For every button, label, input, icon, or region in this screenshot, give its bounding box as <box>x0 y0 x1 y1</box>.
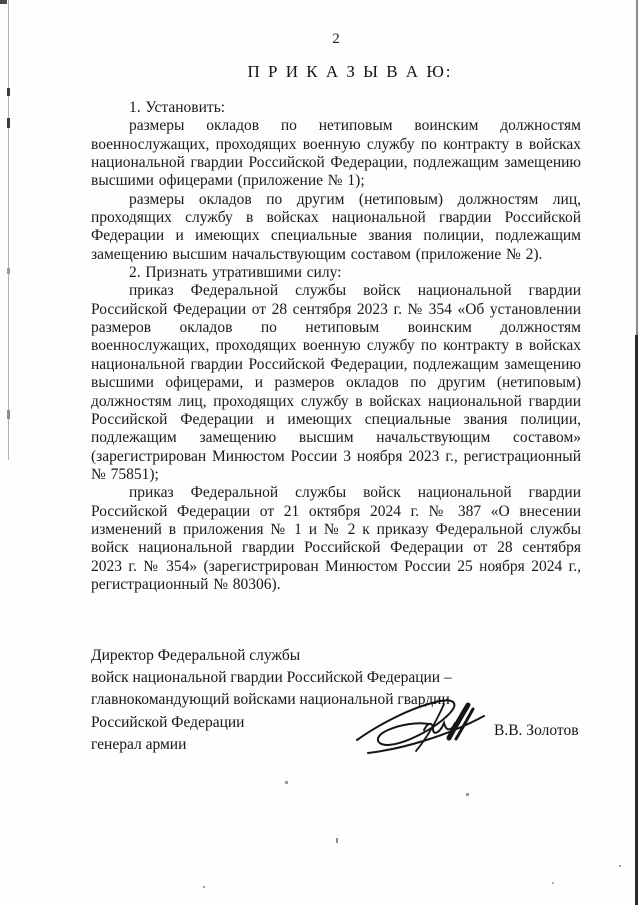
signature-flourish-icon <box>352 692 492 764</box>
scan-artifact-tick <box>7 410 10 419</box>
scan-artifact-speck <box>619 865 621 867</box>
scan-artifact-speck <box>203 886 205 888</box>
scan-artifact-tick <box>7 118 10 128</box>
scan-artifact-corner <box>0 0 7 4</box>
order-body: 1. Установить: размеры окладов по нетипо… <box>91 99 581 594</box>
scan-artifact-tick <box>7 268 10 274</box>
signatory-name: В.В. Золотов <box>494 722 579 740</box>
scan-artifact-speck <box>285 781 288 784</box>
paragraph-salaries-police: размеры окладов по другим (нетиповым) до… <box>91 191 581 264</box>
scan-artifact-speck <box>336 838 338 843</box>
scan-artifact-tick <box>7 88 10 96</box>
scan-artifact-speck <box>552 882 554 884</box>
signature-title-line: Директор Федеральной службы <box>91 645 491 667</box>
paragraph-order-354: приказ Федеральной службы войск национал… <box>91 282 581 484</box>
order-heading: П Р И К А З Ы В А Ю: <box>0 62 640 82</box>
paragraph-establish: 1. Установить: <box>91 99 581 117</box>
signature-title-line: войск национальной гвардии Российской Фе… <box>91 667 491 689</box>
paragraph-salaries-military: размеры окладов по нетиповым воинским до… <box>91 117 581 190</box>
page-number: 2 <box>0 31 640 48</box>
paragraph-order-387: приказ Федеральной службы войск национал… <box>91 484 581 594</box>
paragraph-repeal: 2. Признать утратившими силу: <box>91 264 581 282</box>
document-page: 2 П Р И К А З Ы В А Ю: 1. Установить: ра… <box>0 0 640 905</box>
scan-artifact-speck <box>466 793 469 796</box>
scan-artifact-right-edge-dark <box>635 335 638 905</box>
